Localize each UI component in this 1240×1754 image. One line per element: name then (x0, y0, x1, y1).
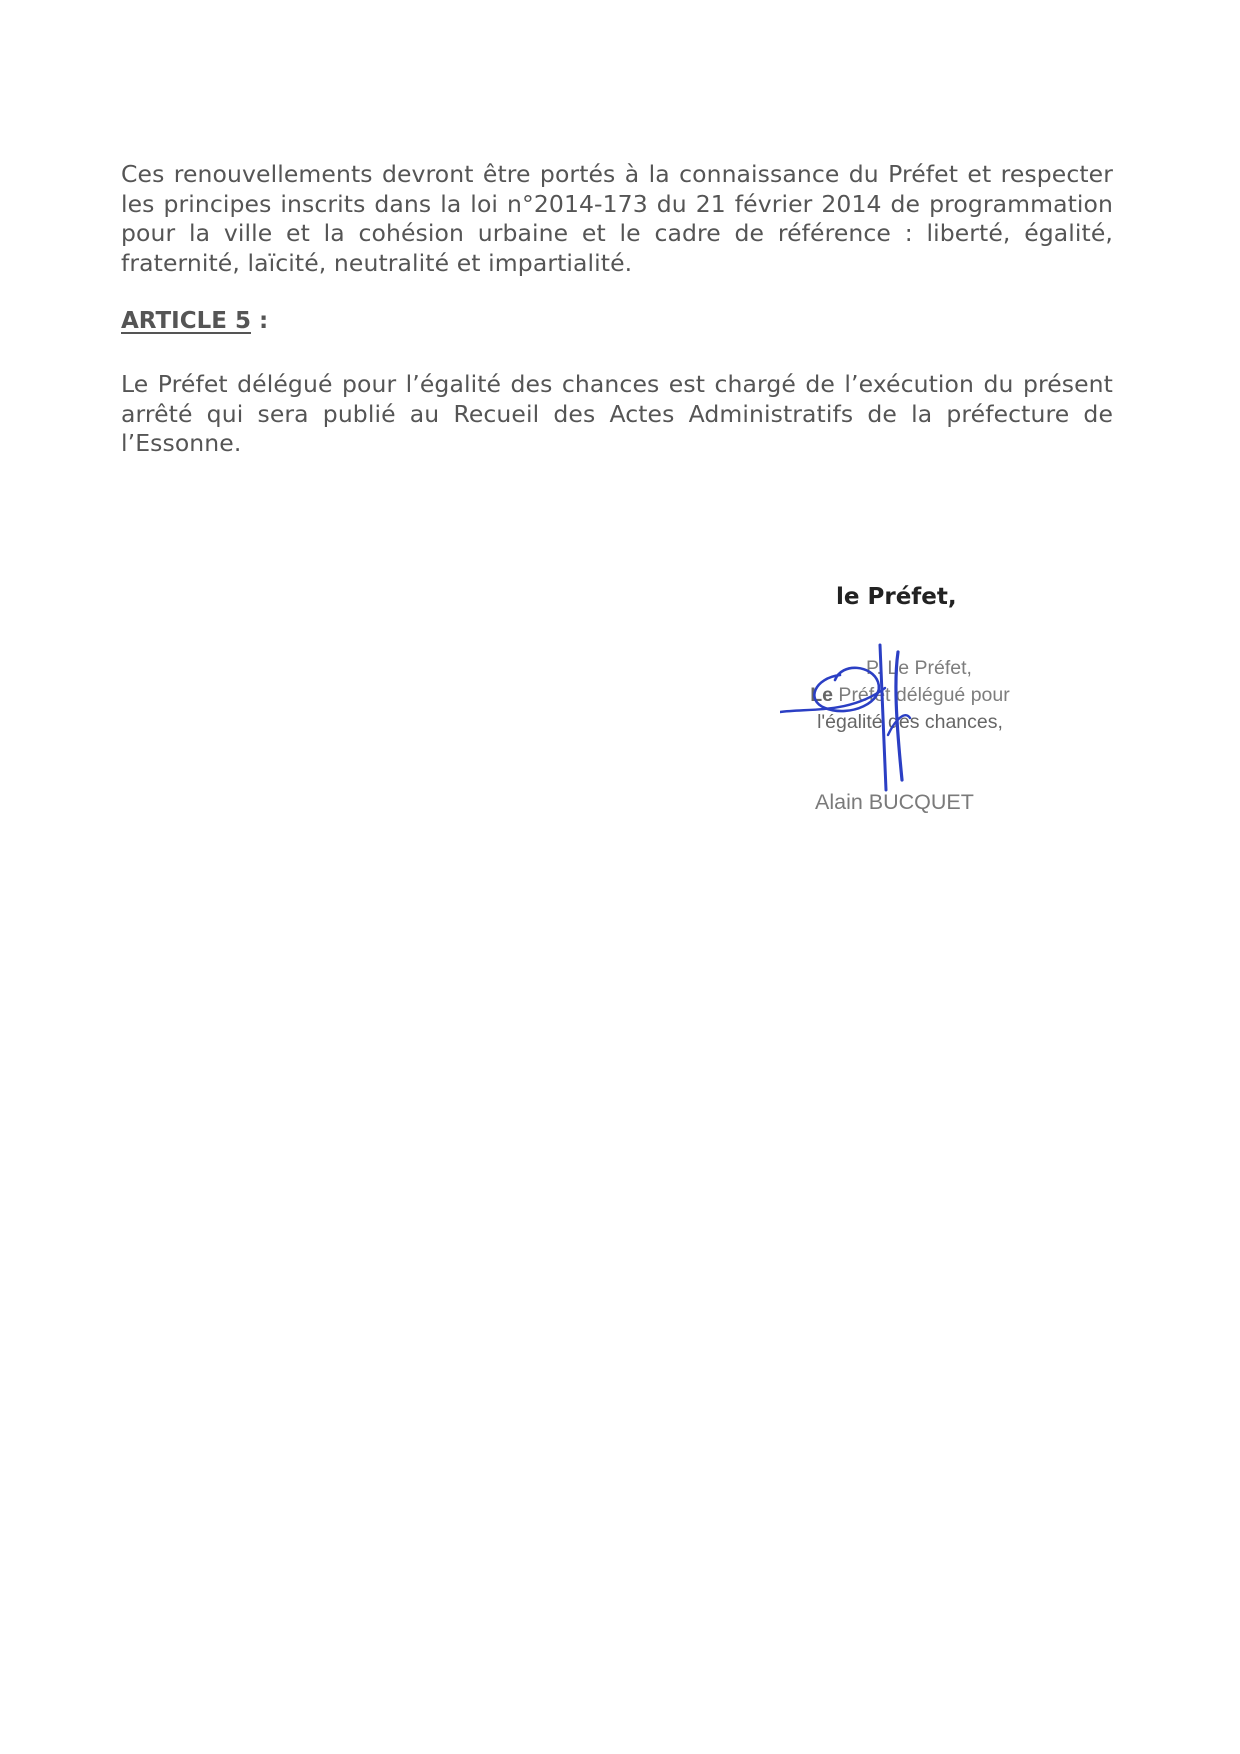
paragraph-line: fraternité, laïcité, neutralité et impar… (121, 249, 1113, 279)
paragraph-line: Le Préfet délégué pour l’égalité des cha… (121, 370, 1113, 400)
paragraph-line: l’Essonne. (121, 429, 1113, 459)
stamp-line-bold: Le (810, 684, 833, 706)
paragraph-line: arrêté qui sera publié au Recueil des Ac… (121, 400, 1113, 430)
article-5-title: ARTICLE 5 (121, 308, 251, 334)
article-5-heading: ARTICLE 5 : (121, 308, 268, 334)
signature-stamp: P. Le Préfet, Le Préfet délégué pour l'é… (790, 655, 1030, 736)
signer-name: Alain BUCQUET (815, 790, 974, 815)
paragraph-line: les principes inscrits dans la loi n°201… (121, 190, 1113, 220)
stamp-line: l'égalité des chances, (790, 709, 1030, 736)
stamp-line-rest: Préfet délégué pour (833, 684, 1010, 706)
stamp-line: Le Préfet délégué pour (790, 682, 1030, 709)
document-page: Ces renouvellements devront être portés … (0, 0, 1240, 1754)
paragraph-execution: Le Préfet délégué pour l’égalité des cha… (121, 370, 1113, 459)
paragraph-renewals: Ces renouvellements devront être portés … (121, 160, 1113, 278)
article-5-colon: : (251, 308, 268, 334)
paragraph-line: pour la ville et la cohésion urbaine et … (121, 219, 1113, 249)
stamp-line: P. Le Préfet, (790, 655, 1030, 682)
signatory-title: le Préfet, (836, 584, 957, 610)
paragraph-line: Ces renouvellements devront être portés … (121, 160, 1113, 190)
